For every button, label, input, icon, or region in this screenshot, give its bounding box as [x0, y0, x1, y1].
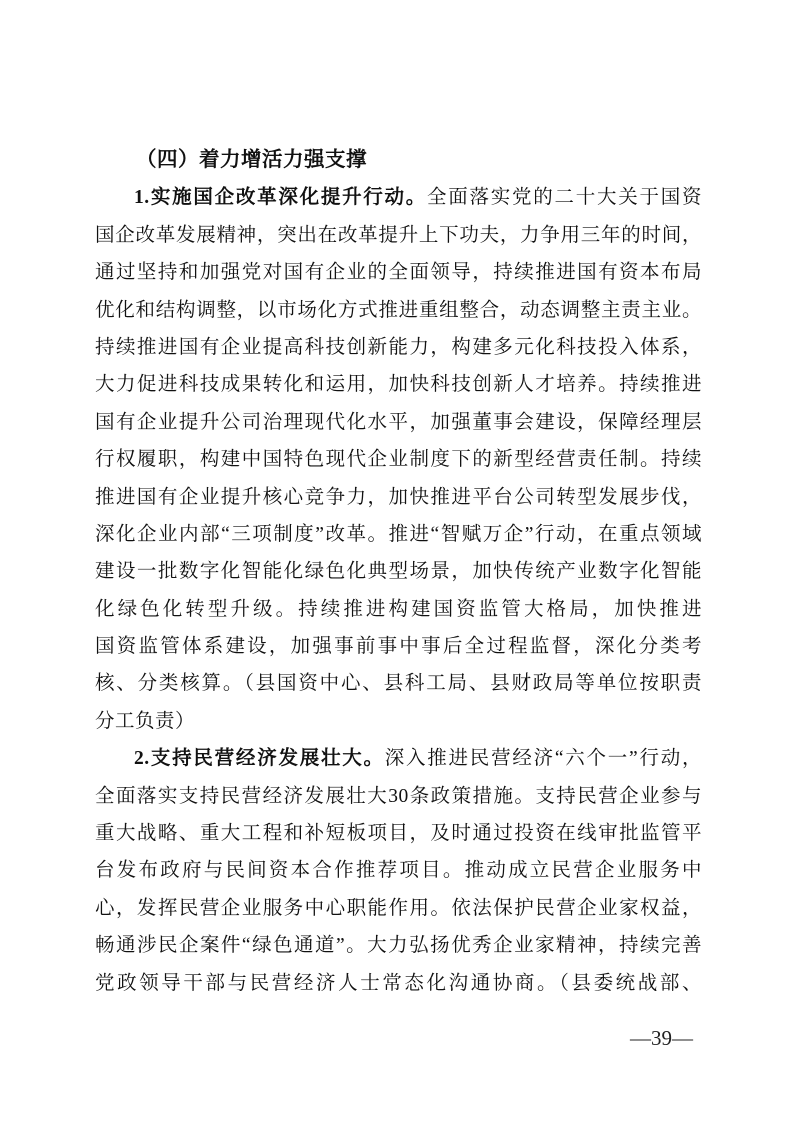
text-line: 全面落实支持民营经济发展壮大30条政策措施。支持民营企业参与 [95, 778, 702, 815]
paragraph-1-opening-text: 全面落实党的二十大关于国资 [427, 187, 702, 208]
text-line: 化绿色化转型升级。持续推进构建国资监管大格局，加快推进 [95, 591, 702, 628]
paragraph-1-title: 1.实施国企改革深化提升行动。 [134, 187, 427, 208]
text-line: 持续推进国有企业提高科技创新能力，构建多元化科技投入体系， [95, 329, 702, 366]
paragraph-1-lead-line: 1.实施国企改革深化提升行动。全面落实党的二十大关于国资 [95, 179, 702, 216]
text-line: 通过坚持和加强党对国有企业的全面领导，持续推进国有资本布局 [95, 254, 702, 291]
text-line: 党政领导干部与民营经济人士常态化沟通协商。（县委统战部、 [95, 965, 702, 1002]
section-heading: （四）着力增活力强支撑 [95, 142, 702, 179]
paragraph-2-lead-line: 2.支持民营经济发展壮大。深入推进民营经济“六个一”行动， [95, 740, 702, 777]
text-line: 推进国有企业提升核心竞争力，加快推进平台公司转型发展步伐， [95, 479, 702, 516]
document-page: （四）着力增活力强支撑 1.实施国企改革深化提升行动。全面落实党的二十大关于国资… [0, 0, 793, 1122]
document-body: （四）着力增活力强支撑 1.实施国企改革深化提升行动。全面落实党的二十大关于国资… [95, 142, 702, 1002]
text-line: 大力促进科技成果转化和运用，加快科技创新人才培养。持续推进 [95, 366, 702, 403]
page-number: —39— [630, 1026, 693, 1050]
paragraph-1-closing-line: 分工负责） [95, 703, 702, 740]
text-line: 核、分类核算。（县国资中心、县科工局、县财政局等单位按职责 [95, 665, 702, 702]
paragraph-2-opening-text: 深入推进民营经济“六个一”行动， [385, 748, 702, 769]
text-line: 重大战略、重大工程和补短板项目，及时通过投资在线审批监管平 [95, 815, 702, 852]
paragraph-2-title: 2.支持民营经济发展壮大。 [134, 748, 385, 769]
text-line: 台发布政府与民间资本合作推荐项目。推动成立民营企业服务中 [95, 852, 702, 889]
text-line: 畅通涉民企案件“绿色通道”。大力弘扬优秀企业家精神，持续完善 [95, 927, 702, 964]
text-line: 建设一批数字化智能化绿色化典型场景，加快传统产业数字化智能 [95, 553, 702, 590]
text-line: 优化和结构调整，以市场化方式推进重组整合，动态调整主责主业。 [95, 292, 702, 329]
text-line: 心，发挥民营企业服务中心职能作用。依法保护民营企业家权益， [95, 890, 702, 927]
text-line: 国有企业提升公司治理现代化水平，加强董事会建设，保障经理层 [95, 404, 702, 441]
text-line: 国企改革发展精神，突出在改革提升上下功夫，力争用三年的时间， [95, 217, 702, 254]
text-line: 国资监管体系建设，加强事前事中事后全过程监督，深化分类考 [95, 628, 702, 665]
text-line: 深化企业内部“三项制度”改革。推进“智赋万企”行动，在重点领域 [95, 516, 702, 553]
text-line: 行权履职，构建中国特色现代企业制度下的新型经营责任制。持续 [95, 441, 702, 478]
